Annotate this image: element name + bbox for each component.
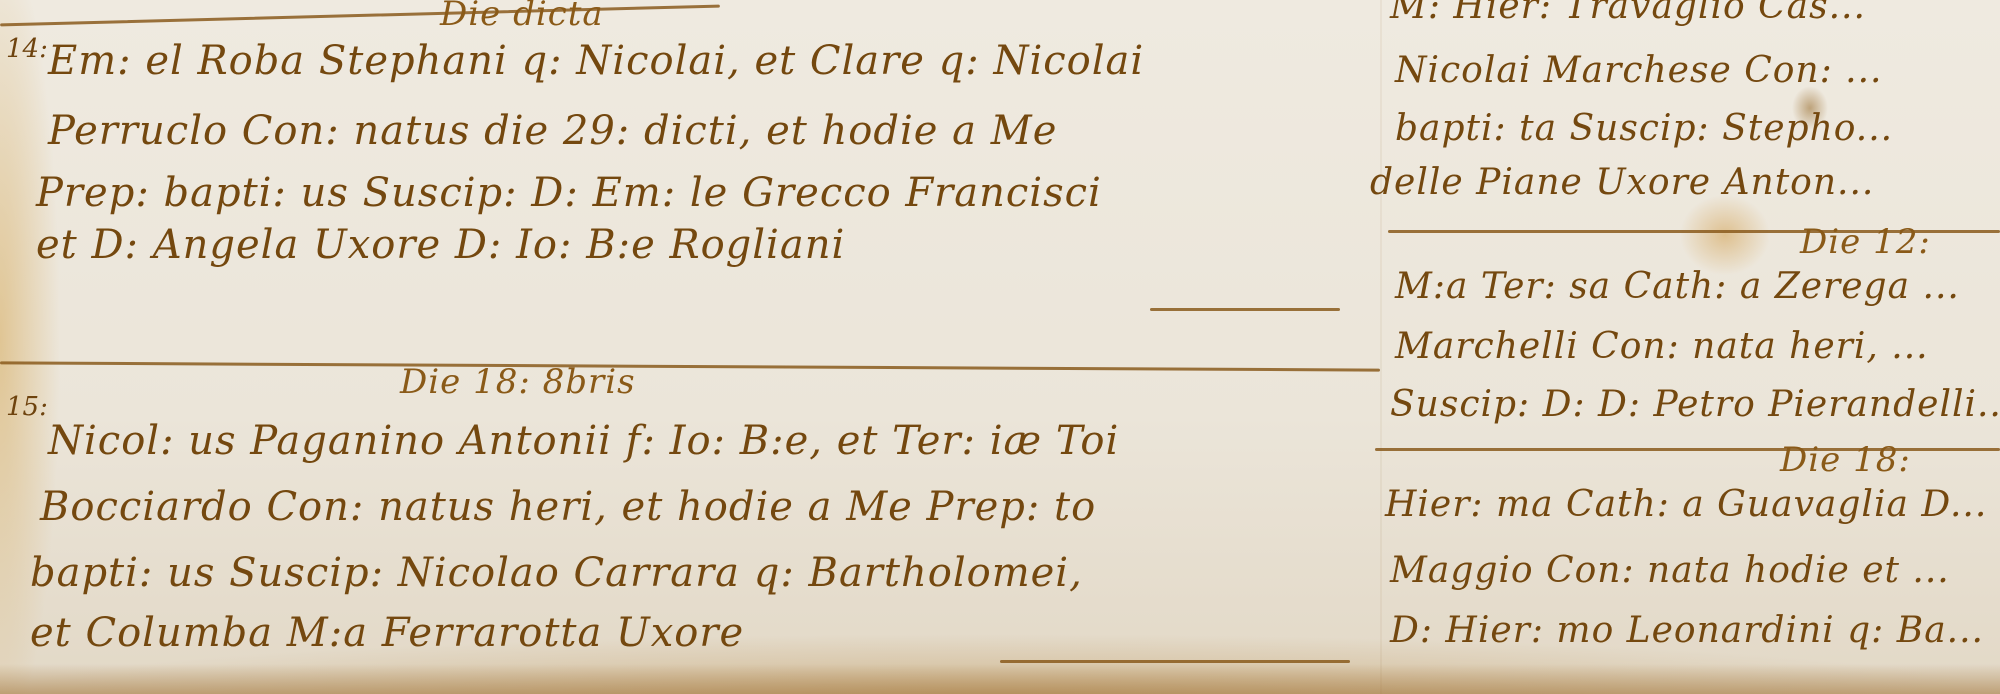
date-heading: Die 18: [1780, 440, 1911, 480]
entry-line: Suscip: D: D: Petro Pierandelli... [1390, 384, 2000, 425]
entry-line: M:a Ter: sa Cath: a Zerega ... [1395, 266, 1960, 307]
entry-line: et Columba M:a Ferrarotta Uxore [30, 610, 744, 656]
entry-line: Maggio Con: nata hodie et ... [1390, 550, 1950, 591]
entry-line: M: Hier: Travaglio Cas... [1390, 0, 1866, 27]
manuscript-page: Die dicta 14: Em: el Roba Stephani q: Ni… [0, 0, 2000, 694]
entry-separator [0, 361, 1380, 371]
entry-line: et D: Angela Uxore D: Io: B:e Rogliani [36, 222, 845, 268]
entry-line: Hier: ma Cath: a Guavaglia D... [1385, 484, 1987, 525]
entry-line: bapti: us Suscip: Nicolao Carrara q: Bar… [30, 550, 1083, 596]
entry-line: D: Hier: mo Leonardini q: Ba... [1390, 610, 1984, 651]
date-heading: Die 18: 8bris [400, 362, 636, 402]
line-end-dash [1000, 660, 1350, 663]
entry-line: Bocciardo Con: natus heri, et hodie a Me… [40, 484, 1096, 530]
entry-line: Nicol: us Paganino Antonii f: Io: B:e, e… [48, 418, 1119, 464]
entry-number: 14: [6, 34, 48, 64]
entry-line: Marchelli Con: nata heri, ... [1395, 326, 1929, 367]
date-heading: Die dicta [440, 0, 604, 34]
line-end-dash [1150, 308, 1340, 311]
entry-line: bapti: ta Suscip: Stepho... [1395, 108, 1893, 149]
date-heading: Die 12: [1800, 222, 1931, 262]
entry-number: 15: [6, 392, 48, 422]
page-bottom-stain [0, 664, 2000, 694]
entry-line: Nicolai Marchese Con: ... [1395, 50, 1883, 91]
entry-line: Perruclo Con: natus die 29: dicti, et ho… [48, 108, 1057, 154]
entry-line: Em: el Roba Stephani q: Nicolai, et Clar… [48, 38, 1144, 84]
entry-line: delle Piane Uxore Anton... [1370, 162, 1874, 203]
column-divider [1380, 0, 1382, 694]
entry-rule-top [0, 5, 720, 27]
entry-line: Prep: bapti: us Suscip: D: Em: le Grecco… [36, 170, 1102, 216]
